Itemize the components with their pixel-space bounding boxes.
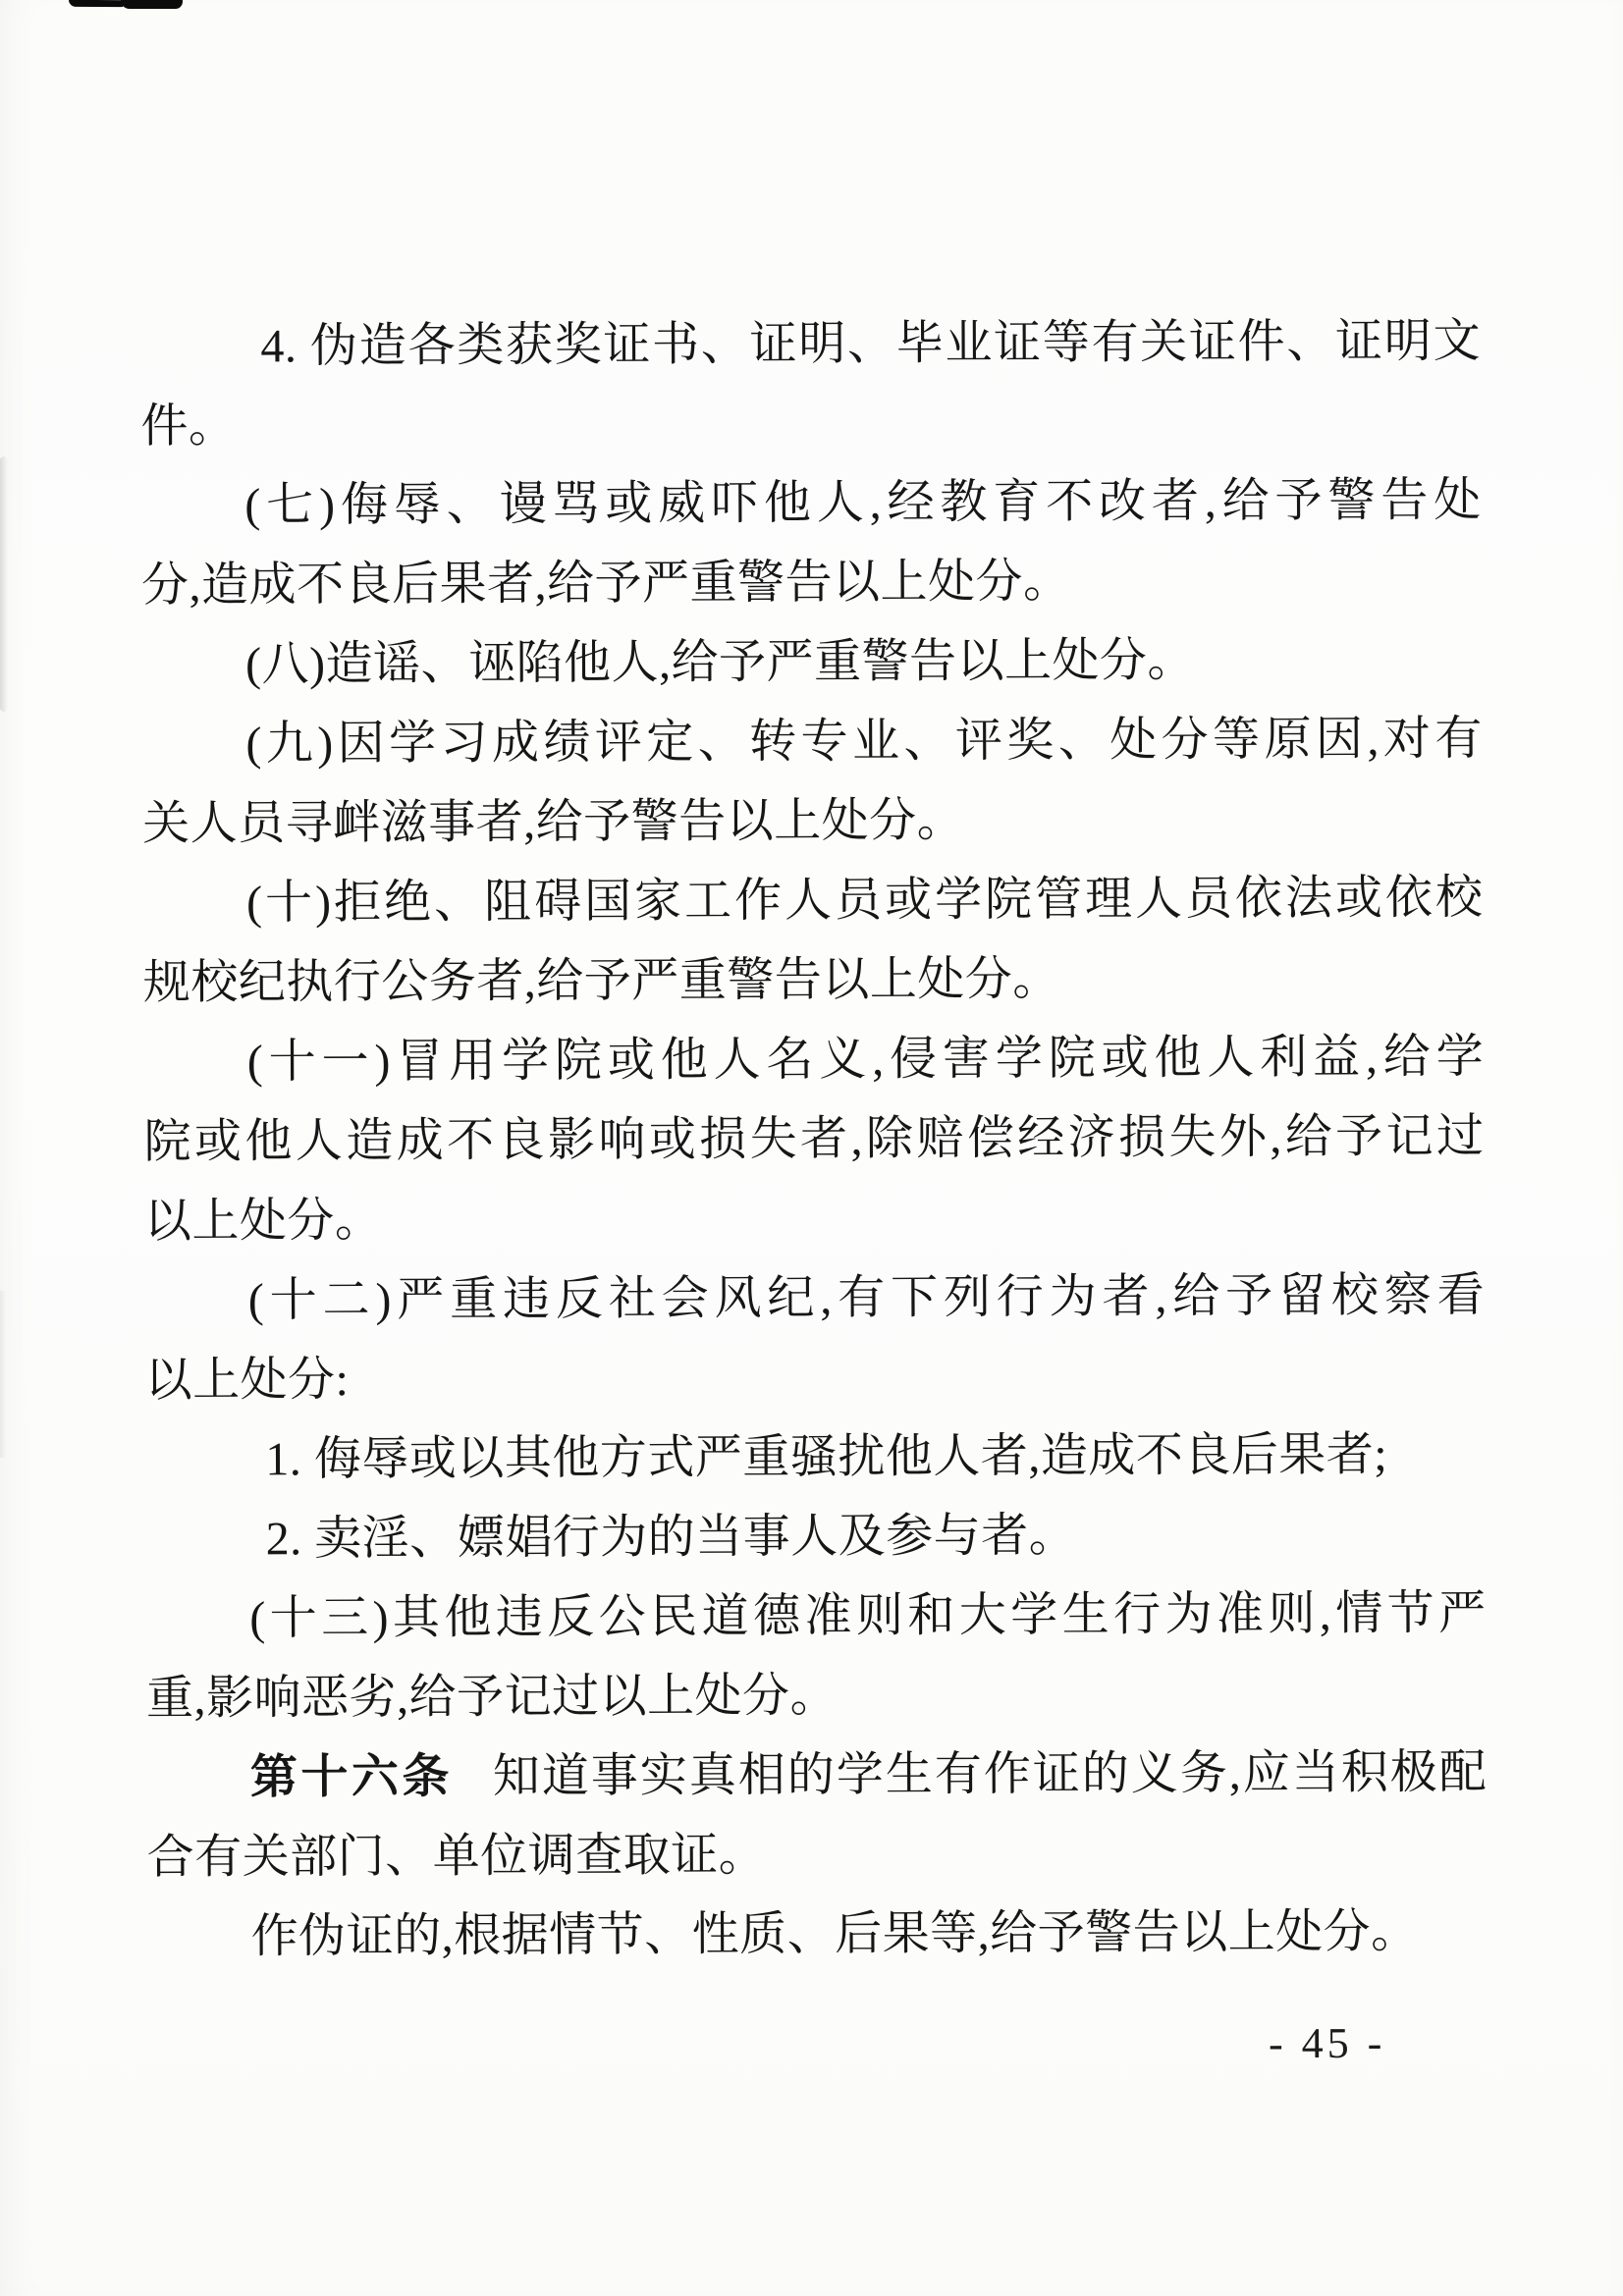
doc-line-item1: 1. 侮辱或以其他方式严重骚扰他人者,造成不良后果者; (145, 1415, 1486, 1500)
doc-line-clause7-2: 分,造成不良后果者,给予严重警告以上处分。 (141, 540, 1482, 625)
doc-line-article16-2: 合有关部门、单位调查取证。 (147, 1812, 1488, 1897)
doc-line-article16-1: 第十六条知道事实真相的学生有作证的义务,应当积极配 (146, 1733, 1487, 1818)
doc-line-clause10-2: 规校纪执行公务者,给予严重警告以上处分。 (143, 937, 1484, 1023)
doc-line-clause11-1: (十一)冒用学院或他人名义,侵害学院或他人利益,给学 (143, 1017, 1484, 1102)
page-number: - 45 - (1269, 2018, 1386, 2069)
doc-line-clause8: (八)造谣、诬陷他人,给予严重警告以上处分。 (141, 619, 1482, 705)
doc-line-clause10-1: (十)拒绝、阻碍国家工作人员或学院管理人员依法或依校 (142, 858, 1483, 943)
document-body-text: 4. 伪造各类获奖证书、证明、毕业证等有关证件、证明文 件。 (七)侮辱、谩骂或… (0, 0, 1623, 1978)
doc-line-clause12-1: (十二)严重违反社会风纪,有下列行为者,给予留校察看 (144, 1255, 1485, 1341)
doc-line-clause11-2: 院或他人造成不良影响或损失者,除赔偿经济损失外,给予记过 (143, 1096, 1484, 1182)
doc-line-item4-1: 4. 伪造各类获奖证书、证明、毕业证等有关证件、证明文 (140, 301, 1481, 387)
doc-line-item2: 2. 卖淫、嫖娼行为的当事人及参与者。 (145, 1494, 1486, 1579)
doc-line-clause9-2: 关人员寻衅滋事者,给予警告以上处分。 (142, 778, 1483, 864)
doc-line-clause13-2: 重,影响恶劣,给予记过以上处分。 (146, 1653, 1487, 1738)
doc-line-clause13-1: (十三)其他违反公民道德准则和大学生行为准则,情节严 (146, 1574, 1487, 1659)
article16-text: 知道事实真相的学生有作证的义务,应当积极配 (493, 1746, 1488, 1802)
doc-line-clause9-1: (九)因学习成绩评定、转专业、评奖、处分等原因,对有 (142, 699, 1483, 784)
doc-line-item4-2: 件。 (140, 381, 1481, 466)
scanned-document-page: 4. 伪造各类获奖证书、证明、毕业证等有关证件、证明文 件。 (七)侮辱、谩骂或… (0, 0, 1623, 2296)
article16-heading: 第十六条 (250, 1751, 453, 1804)
doc-line-article16-3: 作伪证的,根据情节、性质、后果等,给予警告以上处分。 (147, 1892, 1488, 1977)
doc-line-clause11-3: 以上处分。 (144, 1176, 1485, 1261)
doc-line-clause12-2: 以上处分: (144, 1335, 1485, 1420)
doc-line-clause7-1: (七)侮辱、谩骂或威吓他人,经教育不改者,给予警告处 (141, 460, 1482, 546)
